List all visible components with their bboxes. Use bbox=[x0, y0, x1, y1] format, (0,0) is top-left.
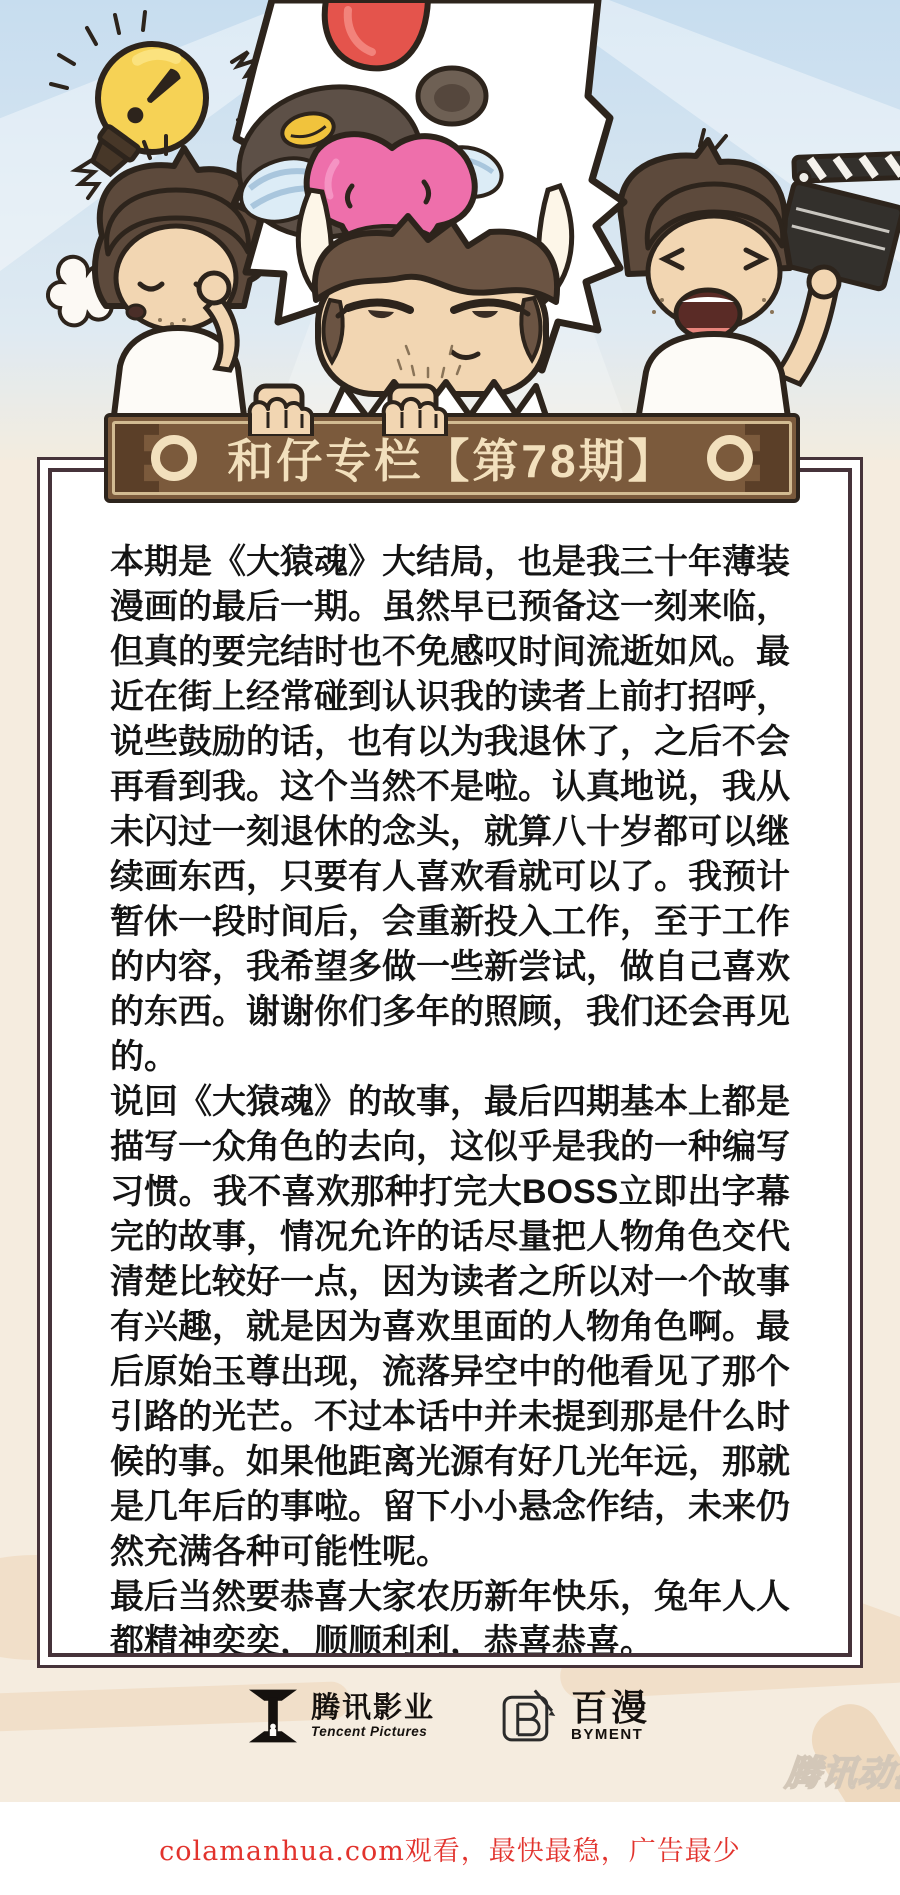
ring-ornament-left bbox=[151, 435, 197, 481]
ring-ornament-right bbox=[707, 435, 753, 481]
content-frame: 本期是《大猿魂》大结局，也是我三十年薄装漫画的最后一期。虽然早已预备这一刻来临，… bbox=[37, 457, 863, 1668]
sigh-mouth bbox=[127, 305, 145, 319]
byment-icon bbox=[499, 1687, 557, 1745]
right-hand bbox=[384, 399, 446, 436]
afterword-text: 本期是《大猿魂》大结局，也是我三十年薄装漫画的最后一期。虽然早已预备这一刻来临，… bbox=[110, 540, 790, 1657]
paragraph-2: 说回《大猿魂》的故事，最后四期基本上都是描写一众角色的去向，这似乎是我的一种编写… bbox=[110, 1080, 790, 1575]
left-hand bbox=[250, 399, 312, 436]
gripping-hands bbox=[0, 392, 900, 436]
byment-logo: 百漫 BYMENT bbox=[499, 1687, 651, 1745]
comic-page: 和仔专栏【第78期】 本期是《大猿魂》大结局，也是我三十年薄装漫画的最后一期。虽… bbox=[0, 0, 900, 1895]
header-illustration bbox=[0, 0, 900, 460]
publisher-logos: 腾讯影业 Tencent Pictures 百漫 BYMENT bbox=[0, 1686, 900, 1746]
tencent-pictures-logo: 腾讯影业 Tencent Pictures bbox=[249, 1686, 435, 1746]
tencent-pictures-en: Tencent Pictures bbox=[311, 1724, 435, 1739]
paragraph-1: 本期是《大猿魂》大结局，也是我三十年薄装漫画的最后一期。虽然早已预备这一刻来临，… bbox=[110, 540, 790, 1080]
site-note: colamanhua.com观看，最快最稳，广告最少 bbox=[159, 1829, 741, 1868]
paragraph-3: 最后当然要恭喜大家农历新年快乐，兔年人人都精神奕奕，顺顺利利，恭喜恭喜。 bbox=[110, 1575, 790, 1657]
tencent-pictures-cn: 腾讯影业 bbox=[311, 1693, 435, 1723]
byment-en: BYMENT bbox=[571, 1726, 651, 1743]
byment-cn: 百漫 bbox=[571, 1689, 651, 1727]
site-footer: colamanhua.com观看，最快最稳，广告最少 bbox=[0, 1802, 900, 1895]
tencent-comics-watermark: 腾讯动漫 bbox=[783, 1746, 900, 1796]
content-frame-inner: 本期是《大猿魂》大结局，也是我三十年薄装漫画的最后一期。虽然早已预备这一刻来临，… bbox=[48, 468, 852, 1657]
tencent-pictures-icon bbox=[249, 1686, 297, 1746]
